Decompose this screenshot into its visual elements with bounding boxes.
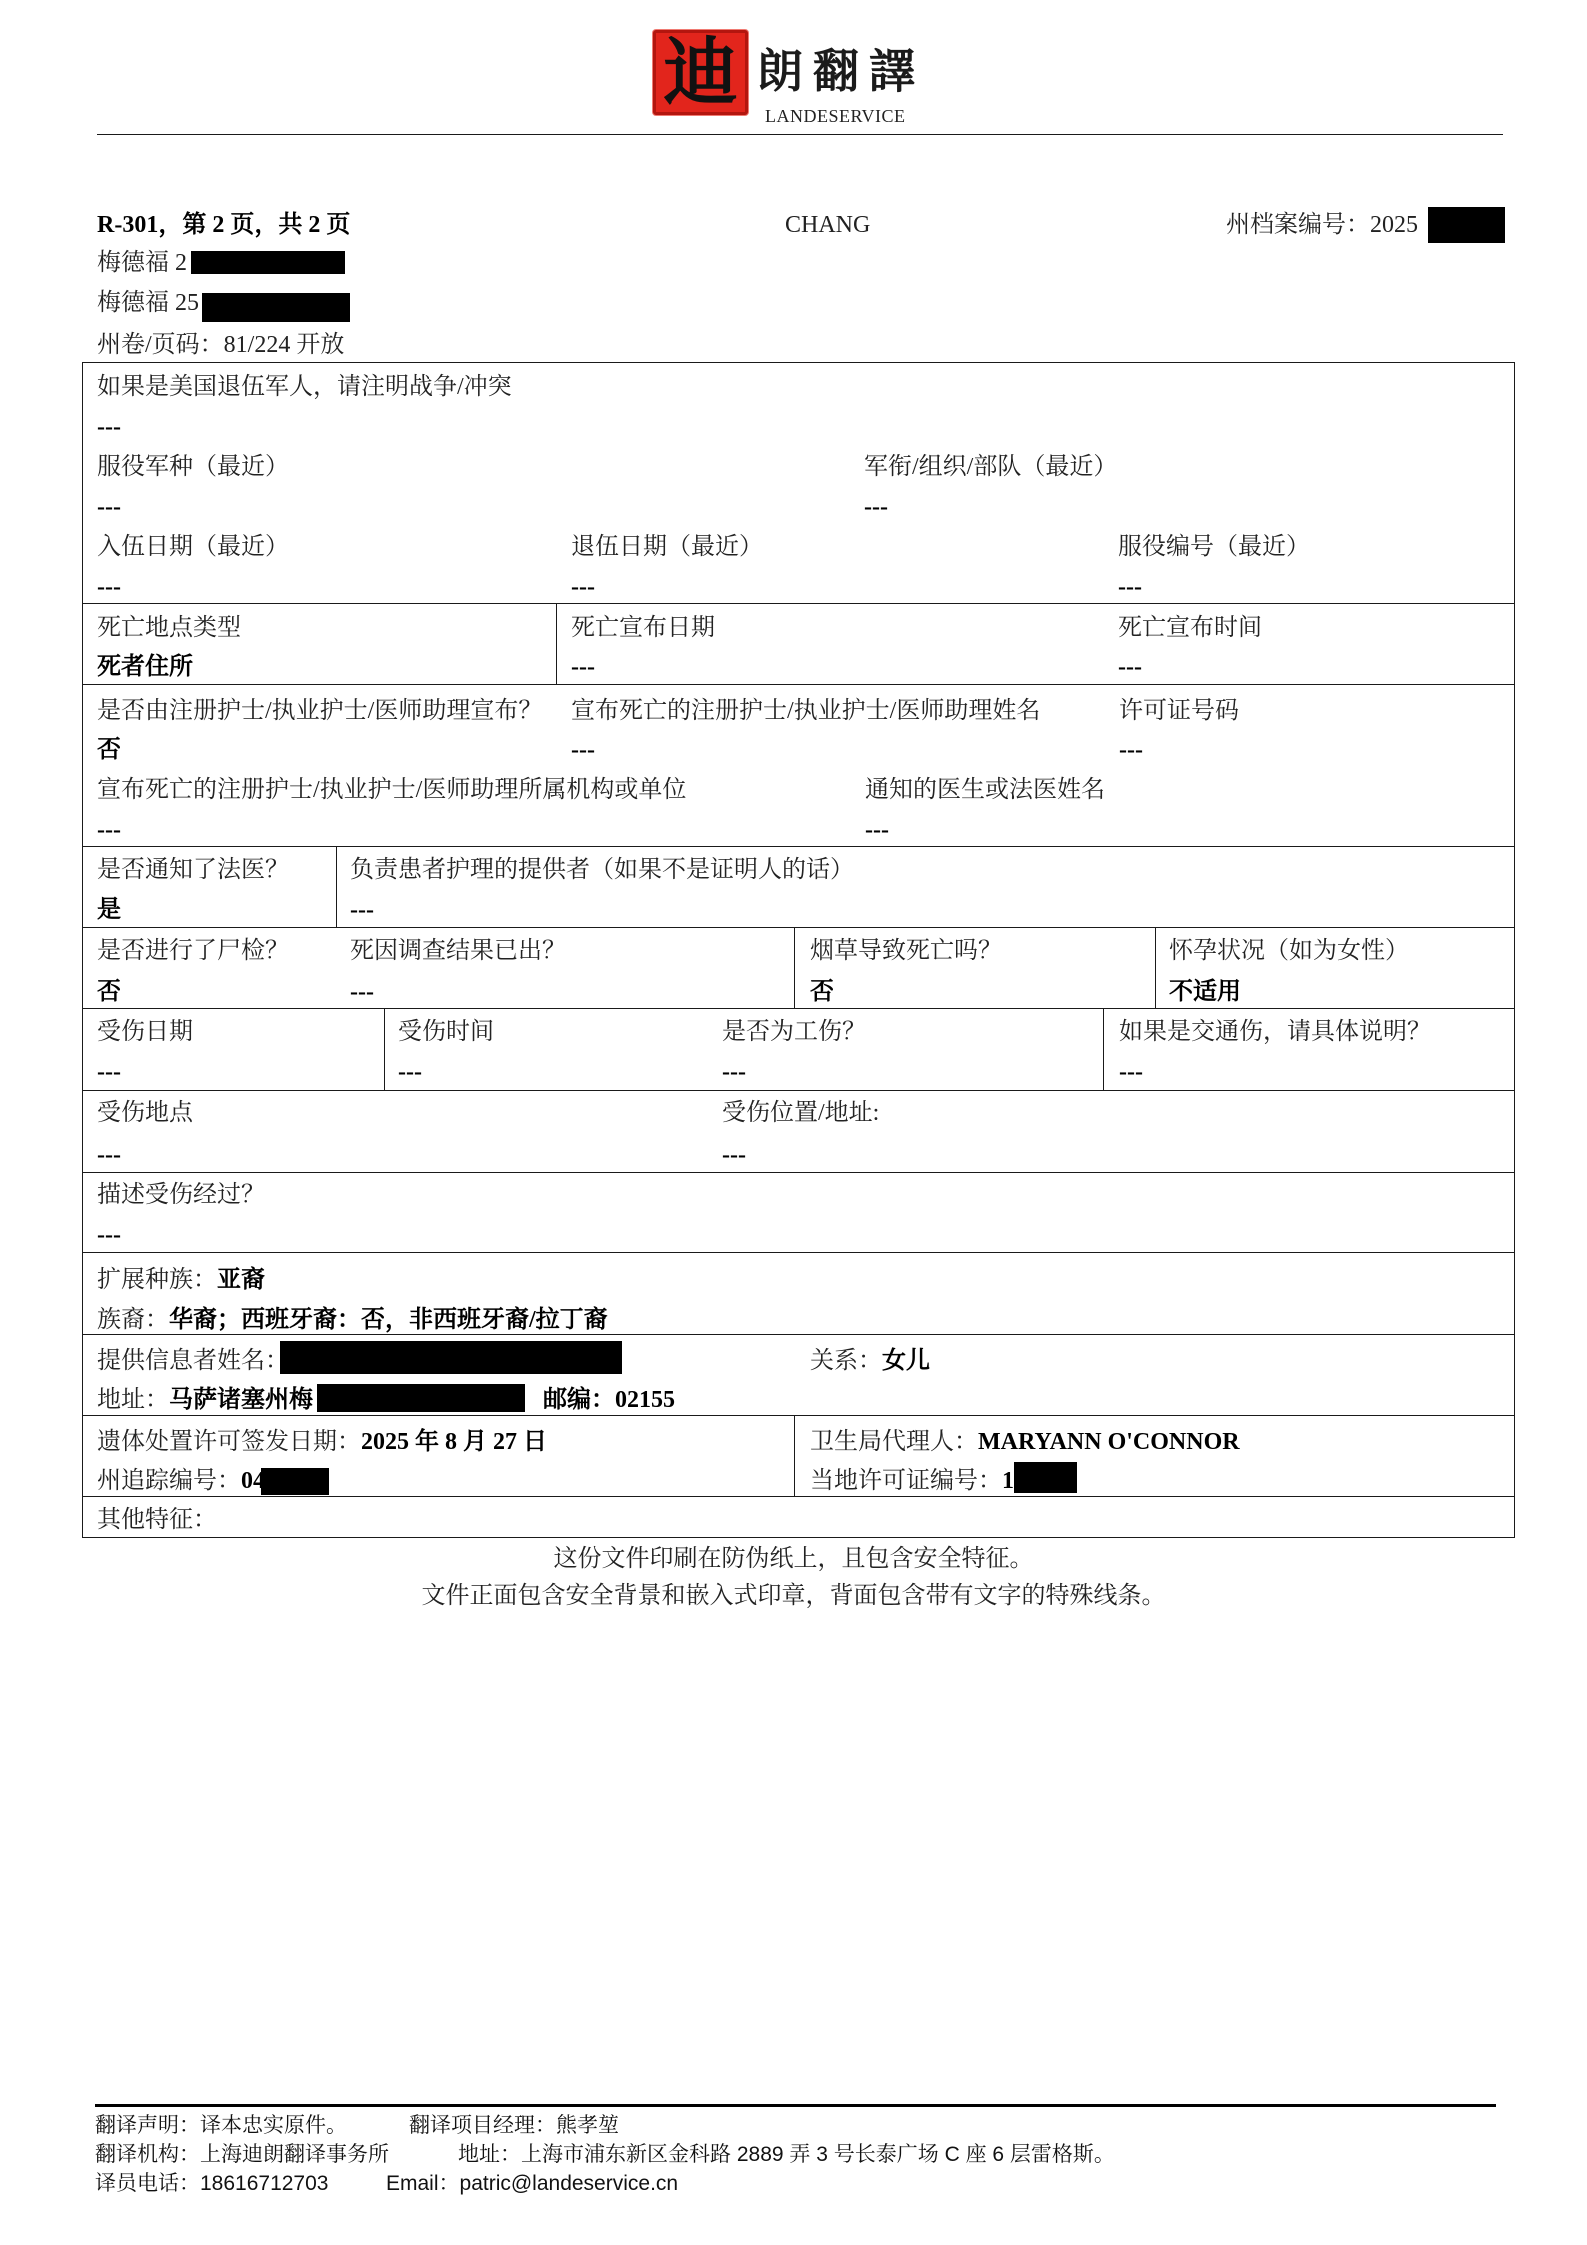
redaction-box [1428,207,1505,243]
volume-page: 州卷/页码：81/224 开放 [97,332,344,358]
field-value: 否 [810,979,834,1005]
field-value: --- [865,817,889,843]
header-rule [97,134,1503,135]
field-label: 遗体处置许可签发日期： [97,1429,361,1455]
field-label: 如果是美国退伍军人，请注明战争/冲突 [97,374,512,400]
field-label: 退伍日期（最近） [571,534,763,560]
column-divider [794,927,795,1008]
project-manager: 翻译项目经理：熊孝堃 [409,2113,619,2139]
field-value: 华裔；西班牙裔：否，非西班牙裔/拉丁裔 [169,1307,608,1333]
field-value: --- [97,1059,121,1085]
field-value: 女儿 [882,1348,930,1374]
field-label: 如果是交通伤，请具体说明？ [1119,1019,1431,1045]
field-label: 族裔： [97,1307,169,1333]
field-value: 马萨诸塞州梅 [169,1387,313,1413]
agency-address: 地址：上海市浦东新区金科路 2889 弄 3 号长泰广场 C 座 6 层雷格斯。 [458,2142,1115,2168]
row-divider [82,684,1515,685]
column-divider [1103,1008,1104,1090]
decedent-surname: CHANG [785,212,870,238]
row-divider [82,927,1515,928]
state-tracking-line: 州追踪编号：04 [97,1468,265,1494]
redaction-box [280,1341,622,1374]
other-features-line: 其他特征： [97,1507,217,1533]
column-divider [556,603,557,684]
informant-name-line: 提供信息者姓名： [97,1348,289,1374]
field-label: 宣布死亡的注册护士/执业护士/医师助理姓名 [571,698,1040,724]
field-value: --- [1118,574,1142,600]
redaction-box [1014,1462,1077,1493]
field-label: 提供信息者姓名： [97,1348,289,1374]
field-value: --- [350,979,374,1005]
translator-email: Email：patric@landeservice.cn [386,2171,678,2197]
field-value: 死者住所 [97,654,193,680]
city-line-2: 梅德福 25 [97,290,199,316]
row-divider [82,846,1515,847]
translator-phone: 译员电话：18616712703 [95,2171,328,2197]
field-value: --- [722,1059,746,1085]
field-value: --- [1119,1059,1143,1085]
field-value: --- [97,494,121,520]
field-label: 怀孕状况（如为女性） [1169,938,1409,964]
field-label: 地址： [97,1387,169,1413]
field-label: 负责患者护理的提供者（如果不是证明人的话） [350,857,854,883]
field-label: 受伤位置/地址: [722,1100,879,1126]
redaction-box [191,251,345,274]
field-value: MARYANN O'CONNOR [978,1429,1240,1455]
field-label: 关系： [810,1348,882,1374]
relationship-line: 关系：女儿 [810,1348,930,1374]
redaction-box [261,1468,329,1495]
field-value: --- [864,494,888,520]
field-value: --- [1118,654,1142,680]
row-divider [82,1090,1515,1091]
row-divider [82,1172,1515,1173]
field-value: --- [398,1059,422,1085]
field-value: --- [722,1142,746,1168]
field-value: --- [350,897,374,923]
field-label: 死亡宣布时间 [1118,615,1262,641]
field-value: 2025 年 8 月 27 日 [361,1429,547,1455]
row-divider [82,1496,1515,1497]
row-divider [82,1334,1515,1335]
logo-latin-name: LANDESERVICE [765,105,906,127]
field-label: 是否进行了尸检？ [97,938,289,964]
field-label: 扩展种族： [97,1267,217,1293]
extended-race-line: 扩展种族：亚裔 [97,1267,265,1293]
field-label: 烟草导致死亡吗？ [810,938,1002,964]
field-value: --- [571,737,595,763]
logo-name: 朗翻譯 [757,44,925,98]
field-value: 否 [97,979,121,1005]
field-value: --- [97,817,121,843]
field-label: 是否为工伤？ [722,1019,866,1045]
redaction-box [202,293,350,322]
field-label: 宣布死亡的注册护士/执业护士/医师助理所属机构或单位 [97,777,686,803]
field-value: --- [97,1222,121,1248]
informant-address-line: 地址：马萨诸塞州梅 [97,1387,313,1413]
column-divider [1155,927,1156,1008]
field-label: 许可证号码 [1119,698,1239,724]
state-file-value: 2025 [1370,212,1418,238]
field-label: 受伤日期 [97,1019,193,1045]
field-label: 卫生局代理人： [810,1429,978,1455]
field-value: --- [97,414,121,440]
field-value: 亚裔 [217,1267,265,1293]
redaction-box [317,1384,525,1412]
ethnicity-line: 族裔：华裔；西班牙裔：否，非西班牙裔/拉丁裔 [97,1307,608,1333]
field-label: 军衔/组织/部队（最近） [864,454,1117,480]
field-label: 其他特征： [97,1507,217,1533]
translation-statement: 翻译声明：译本忠实原件。 [95,2113,347,2139]
field-label: 通知的医生或法医姓名 [865,777,1105,803]
field-value: 否 [97,737,121,763]
field-value: 不适用 [1169,979,1241,1005]
logo-seal: 迪 [653,30,748,115]
row-divider [82,1415,1515,1416]
field-value: --- [97,1142,121,1168]
row-divider [82,1008,1515,1009]
document-page: 迪 朗翻譯 LANDESERVICE R-301，第 2 页，共 2 页 CHA… [0,0,1587,2245]
field-value: --- [571,574,595,600]
field-label: 受伤时间 [398,1019,494,1045]
field-label: 描述受伤经过？ [97,1182,265,1208]
field-value: --- [97,574,121,600]
field-label: 死亡地点类型 [97,615,241,641]
field-value: 是 [97,897,121,923]
zip-code-line: 邮编：02155 [543,1387,675,1413]
column-divider [336,846,337,927]
field-label: 州追踪编号： [97,1468,241,1494]
row-divider [82,1252,1515,1253]
row-divider [82,603,1515,604]
column-divider [794,1415,795,1496]
field-label: 死亡宣布日期 [571,615,715,641]
field-value: --- [1119,737,1143,763]
city-line-1: 梅德福 2 [97,250,187,276]
field-value: 1 [1002,1468,1014,1494]
footer-rule [95,2104,1496,2107]
translation-agency: 翻译机构：上海迪朗翻译事务所 [95,2142,389,2168]
local-permit-line: 当地许可证编号：1 [810,1468,1014,1494]
logo-mark-glyph: 迪 [664,36,738,110]
security-note-2: 文件正面包含安全背景和嵌入式印章，背面包含带有文字的特殊线条。 [0,1583,1587,1609]
field-label: 死因调查结果已出？ [350,938,566,964]
field-label: 服役军种（最近） [97,454,289,480]
permit-date-line: 遗体处置许可签发日期：2025 年 8 月 27 日 [97,1429,547,1455]
security-note-1: 这份文件印刷在防伪纸上，且包含安全特征。 [0,1546,1587,1572]
form-page-indicator: R-301，第 2 页，共 2 页 [97,212,350,238]
state-file-number: 州档案编号：2025 [1226,212,1418,238]
field-label: 入伍日期（最近） [97,534,289,560]
column-divider [384,1008,385,1090]
field-label: 服役编号（最近） [1118,534,1310,560]
field-label: 是否通知了法医？ [97,857,289,883]
field-label: 是否由注册护士/执业护士/医师助理宣布？ [97,698,542,724]
field-label: 当地许可证编号： [810,1468,1002,1494]
field-label: 受伤地点 [97,1100,193,1126]
board-of-health-agent-line: 卫生局代理人：MARYANN O'CONNOR [810,1429,1240,1455]
field-value: 02155 [615,1387,675,1413]
state-file-label: 州档案编号： [1226,212,1370,238]
field-value: --- [571,654,595,680]
field-label: 邮编： [543,1387,615,1413]
